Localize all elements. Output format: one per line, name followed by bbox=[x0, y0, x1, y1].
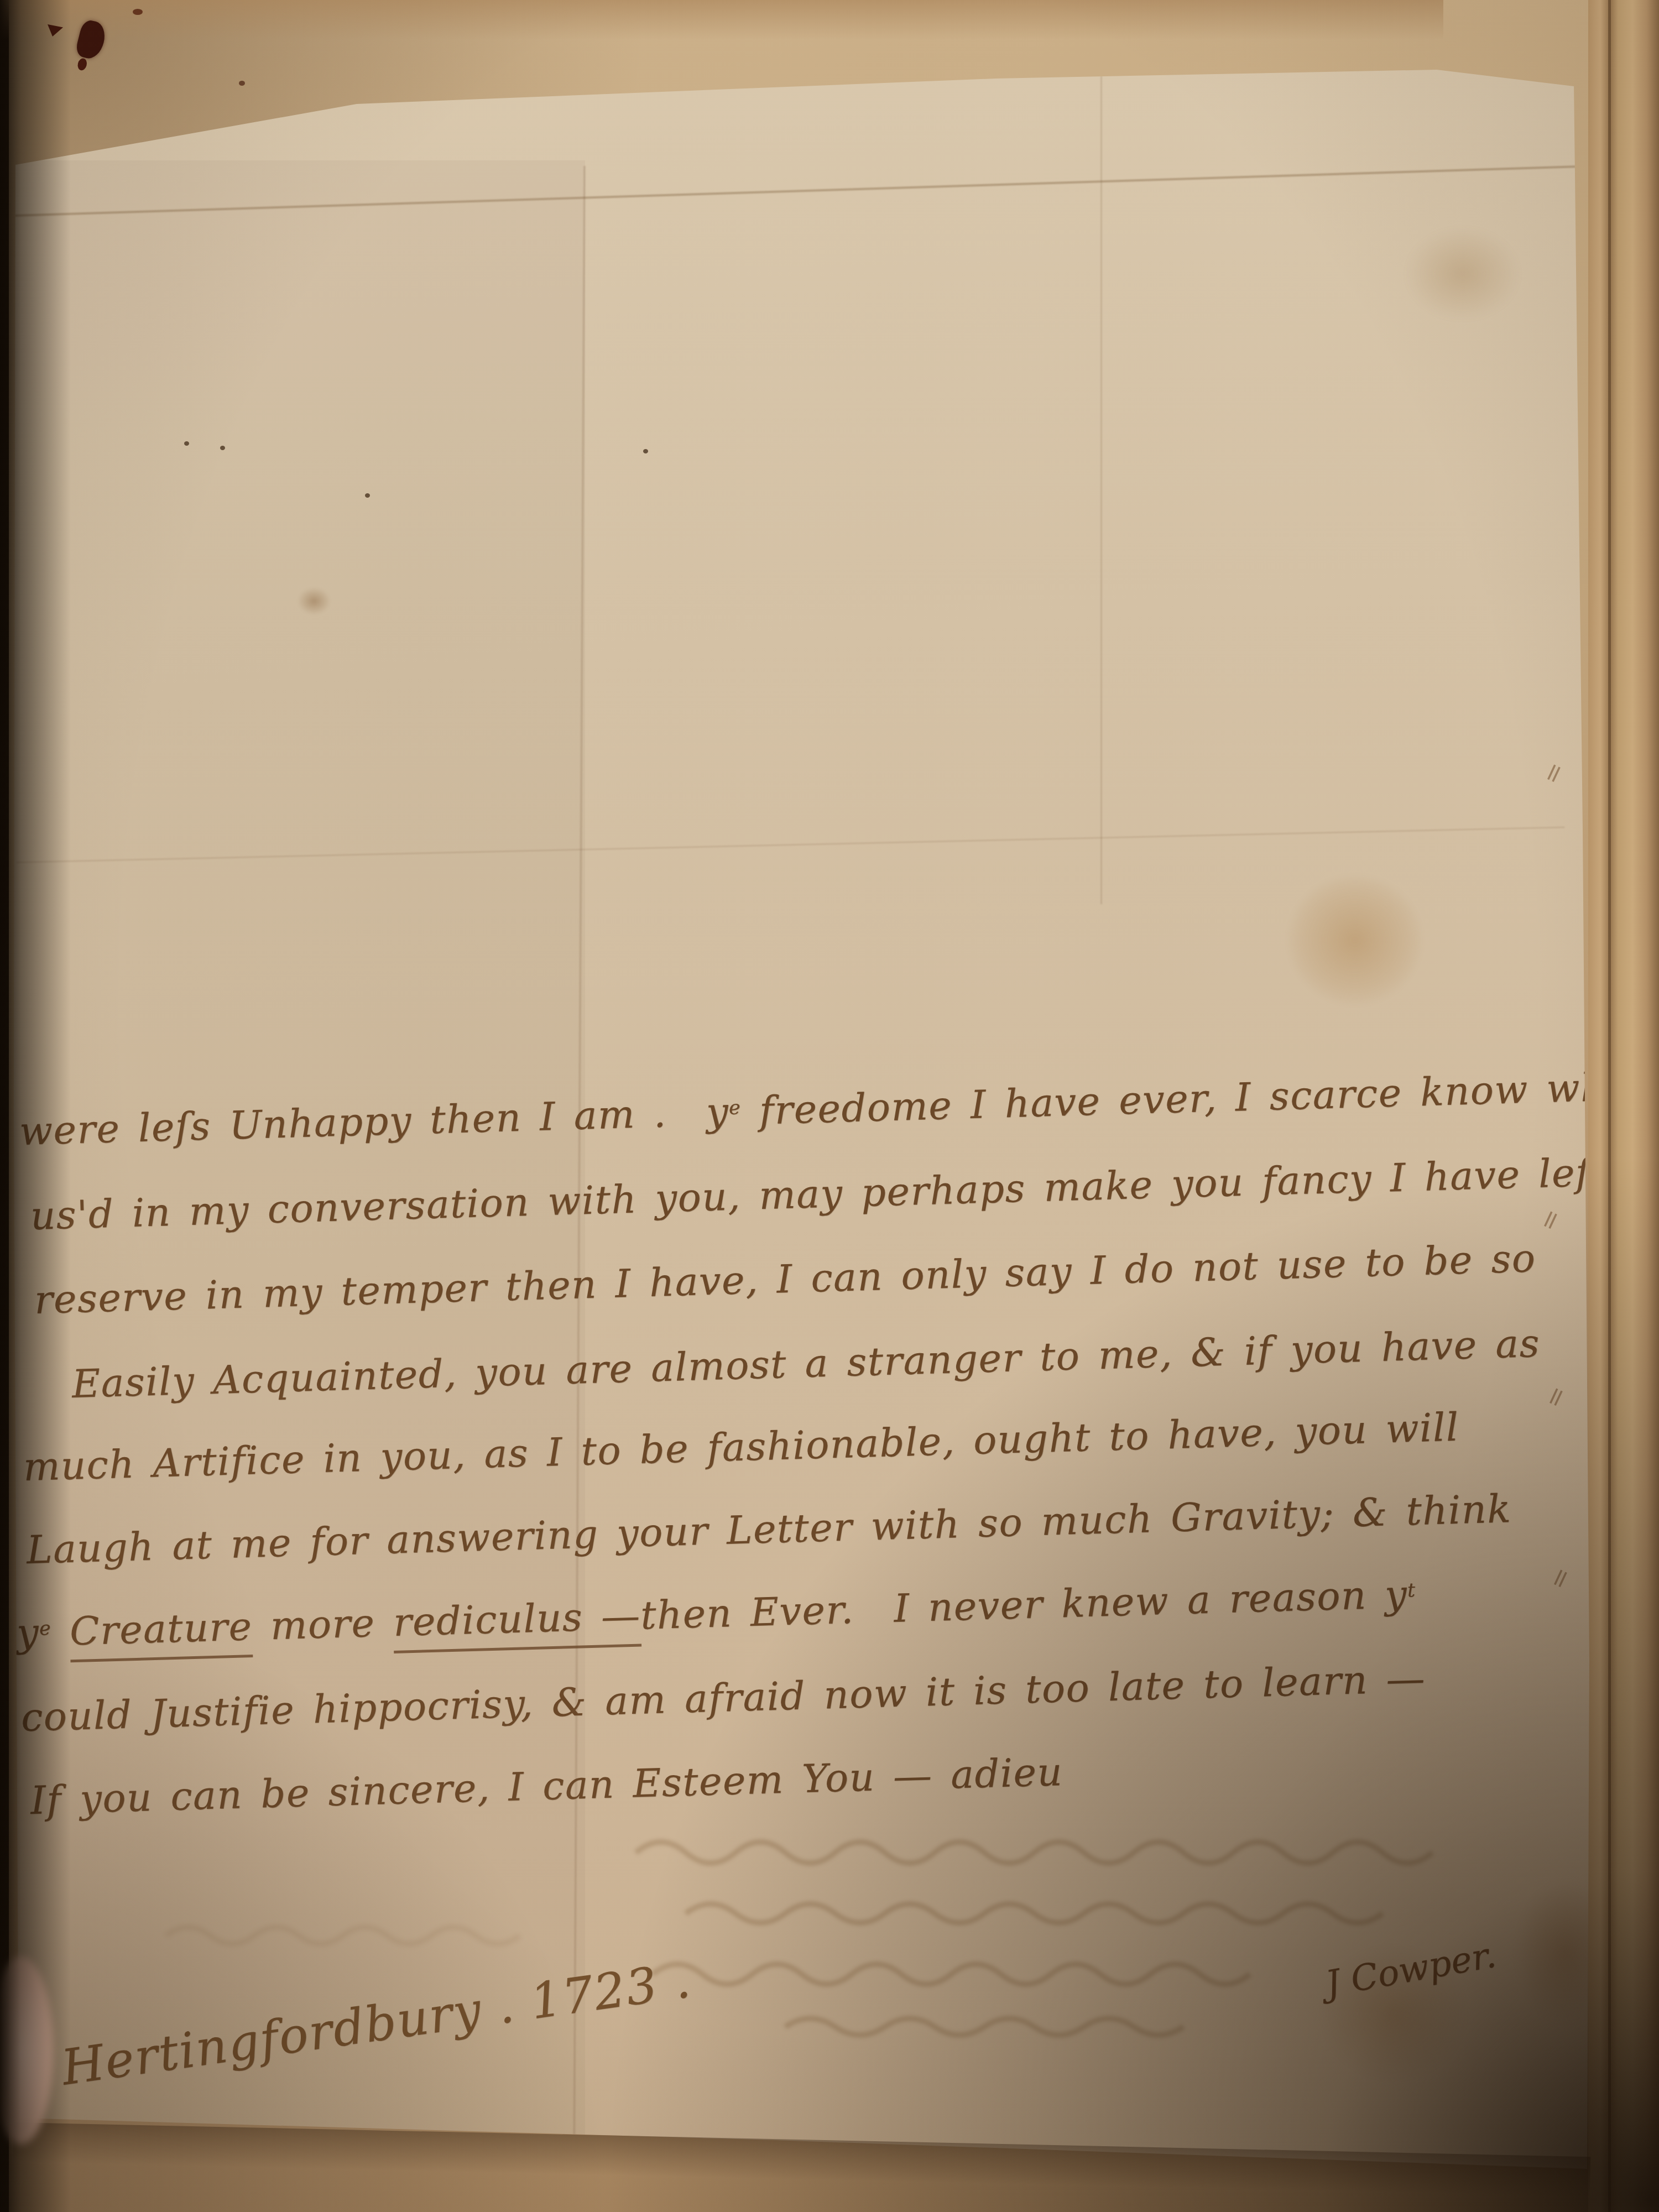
margin-mark: = bbox=[1533, 1204, 1569, 1237]
handwriting-segment: then Ever. bbox=[640, 1587, 854, 1639]
book-gutter-shadow bbox=[0, 0, 72, 2212]
handwriting-segment bbox=[854, 1622, 894, 1623]
handwriting-segment: t bbox=[1407, 1579, 1416, 1601]
handwriting-segment: y bbox=[706, 1089, 729, 1135]
ink-show-through bbox=[155, 1902, 575, 1969]
ink-speck bbox=[184, 441, 189, 446]
ink-speck bbox=[365, 493, 370, 498]
underlined-word: rediculus — bbox=[393, 1593, 641, 1653]
album-top-band bbox=[0, 0, 1443, 40]
paper-stain bbox=[1288, 877, 1421, 1004]
manuscript-photo: were leſs Unhappy then I am .ye freedome… bbox=[0, 0, 1659, 2212]
margin-mark: = bbox=[1539, 1381, 1575, 1413]
ink-speck bbox=[220, 446, 225, 450]
ink-show-through bbox=[619, 1814, 1587, 2057]
handwriting-segment: more bbox=[252, 1600, 394, 1649]
fold-crease-vertical-upper bbox=[1100, 75, 1102, 904]
handwriting-segment: freedome I have ever, I scarce know why, bbox=[740, 1063, 1637, 1134]
underlined-word: Creature bbox=[69, 1604, 253, 1662]
handwriting-segment: e bbox=[729, 1097, 742, 1119]
fore-edge-shadow-line bbox=[1608, 0, 1611, 2212]
ink-speck bbox=[643, 449, 648, 453]
paper-stain bbox=[298, 587, 331, 615]
ink-blot-speck bbox=[239, 81, 245, 86]
ink-blot-dot bbox=[133, 9, 143, 15]
margin-mark: = bbox=[1537, 758, 1573, 790]
letter-sheet: were leſs Unhappy then I am .ye freedome… bbox=[0, 0, 1659, 2212]
page-fore-edges bbox=[1582, 0, 1659, 2212]
paper-stain bbox=[1405, 227, 1521, 321]
handwriting-segment: I never knew a reason y bbox=[893, 1572, 1408, 1631]
handwriting-segment bbox=[667, 1125, 707, 1126]
margin-mark: = bbox=[1543, 1563, 1579, 1595]
